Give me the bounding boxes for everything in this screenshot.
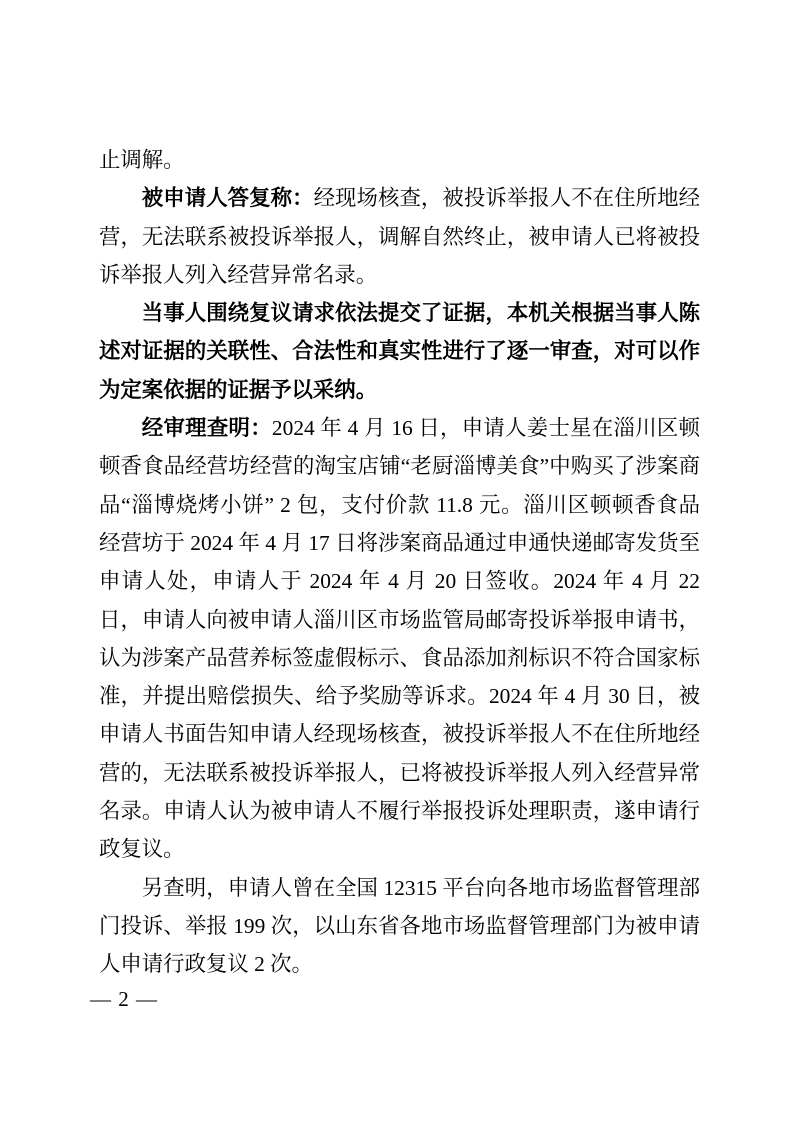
text-run: 另查明，申请人曾在全国 12315 平台向各地市场监督管理部门投诉、举报 199… <box>99 876 700 977</box>
page-number: — 2 — <box>90 984 158 1014</box>
paragraph: 止调解。 <box>99 141 700 179</box>
document-page: 止调解。被申请人答复称：经现场核查，被投诉举报人不在住所地经营，无法联系被投诉举… <box>0 0 794 1123</box>
bold-text-run: 当事人围绕复议请求依法提交了证据，本机关根据当事人陈述对证据的关联性、合法性和真… <box>99 301 700 402</box>
paragraph: 另查明，申请人曾在全国 12315 平台向各地市场监督管理部门投诉、举报 199… <box>99 869 700 984</box>
paragraph: 被申请人答复称：经现场核查，被投诉举报人不在住所地经营，无法联系被投诉举报人，调… <box>99 179 700 294</box>
document-body: 止调解。被申请人答复称：经现场核查，被投诉举报人不在住所地经营，无法联系被投诉举… <box>99 141 700 984</box>
bold-text-run: 被申请人答复称： <box>142 186 314 210</box>
paragraph: 当事人围绕复议请求依法提交了证据，本机关根据当事人陈述对证据的关联性、合法性和真… <box>99 294 700 409</box>
paragraph: 经审理查明：2024 年 4 月 16 日，申请人姜士星在淄川区顿顿香食品经营坊… <box>99 409 700 869</box>
bold-text-run: 经审理查明： <box>142 416 272 440</box>
text-run: 止调解。 <box>99 148 185 172</box>
text-run: 2024 年 4 月 16 日，申请人姜士星在淄川区顿顿香食品经营坊经营的淘宝店… <box>99 416 700 861</box>
